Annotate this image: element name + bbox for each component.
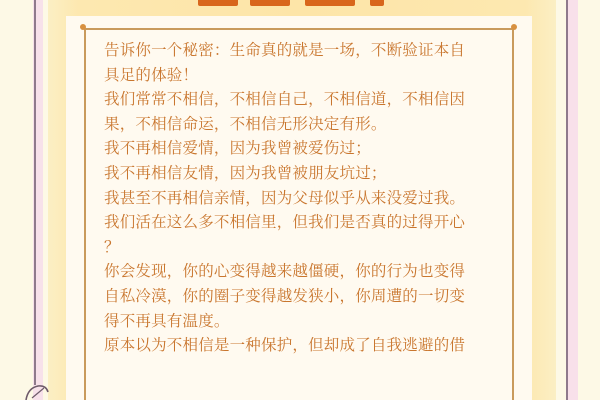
text-line: 告诉你一个秘密：生命真的就是一场，不断验证本自 [104, 38, 504, 63]
text-line: 我们常常不相信，不相信自己，不相信道，不相信因 [104, 87, 504, 112]
title-heading-cropped [190, 0, 410, 8]
text-line: 原本以为不相信是一种保护，但却成了自我逃避的借 [104, 333, 504, 358]
text-line: 你会发现，你的心变得越来越僵硬，你的行为也变得 [104, 259, 504, 284]
text-line: 我不再相信爱情，因为我曾被爱伤过； [104, 136, 504, 161]
text-line: 果，不相信命运，不相信无形决定有形。 [104, 112, 504, 137]
pencil-icon [22, 382, 52, 400]
text-line: 得不再具有温度。 [104, 309, 504, 334]
frame-corner-dot-icon [80, 24, 86, 30]
article-text: 告诉你一个秘密：生命真的就是一场，不断验证本自 具足的体验！ 我们常常不相信，不… [104, 38, 504, 358]
text-line: 我不再相信友情，因为我曾被朋友坑过； [104, 161, 504, 186]
text-line: 我们活在这么多不相信里，但我们是否真的过得开心 [104, 210, 504, 235]
left-decor-line [34, 0, 36, 385]
text-line: 具足的体验！ [104, 63, 504, 88]
frame-corner-dot-icon [511, 24, 517, 30]
right-decor-line [566, 0, 568, 400]
text-line: ？ [104, 235, 504, 260]
text-line: 我甚至不再相信亲情，因为父母似乎从来没爱过我。 [104, 186, 504, 211]
text-line: 自私冷漠，你的圈子变得越发狭小，你周遭的一切变 [104, 284, 504, 309]
